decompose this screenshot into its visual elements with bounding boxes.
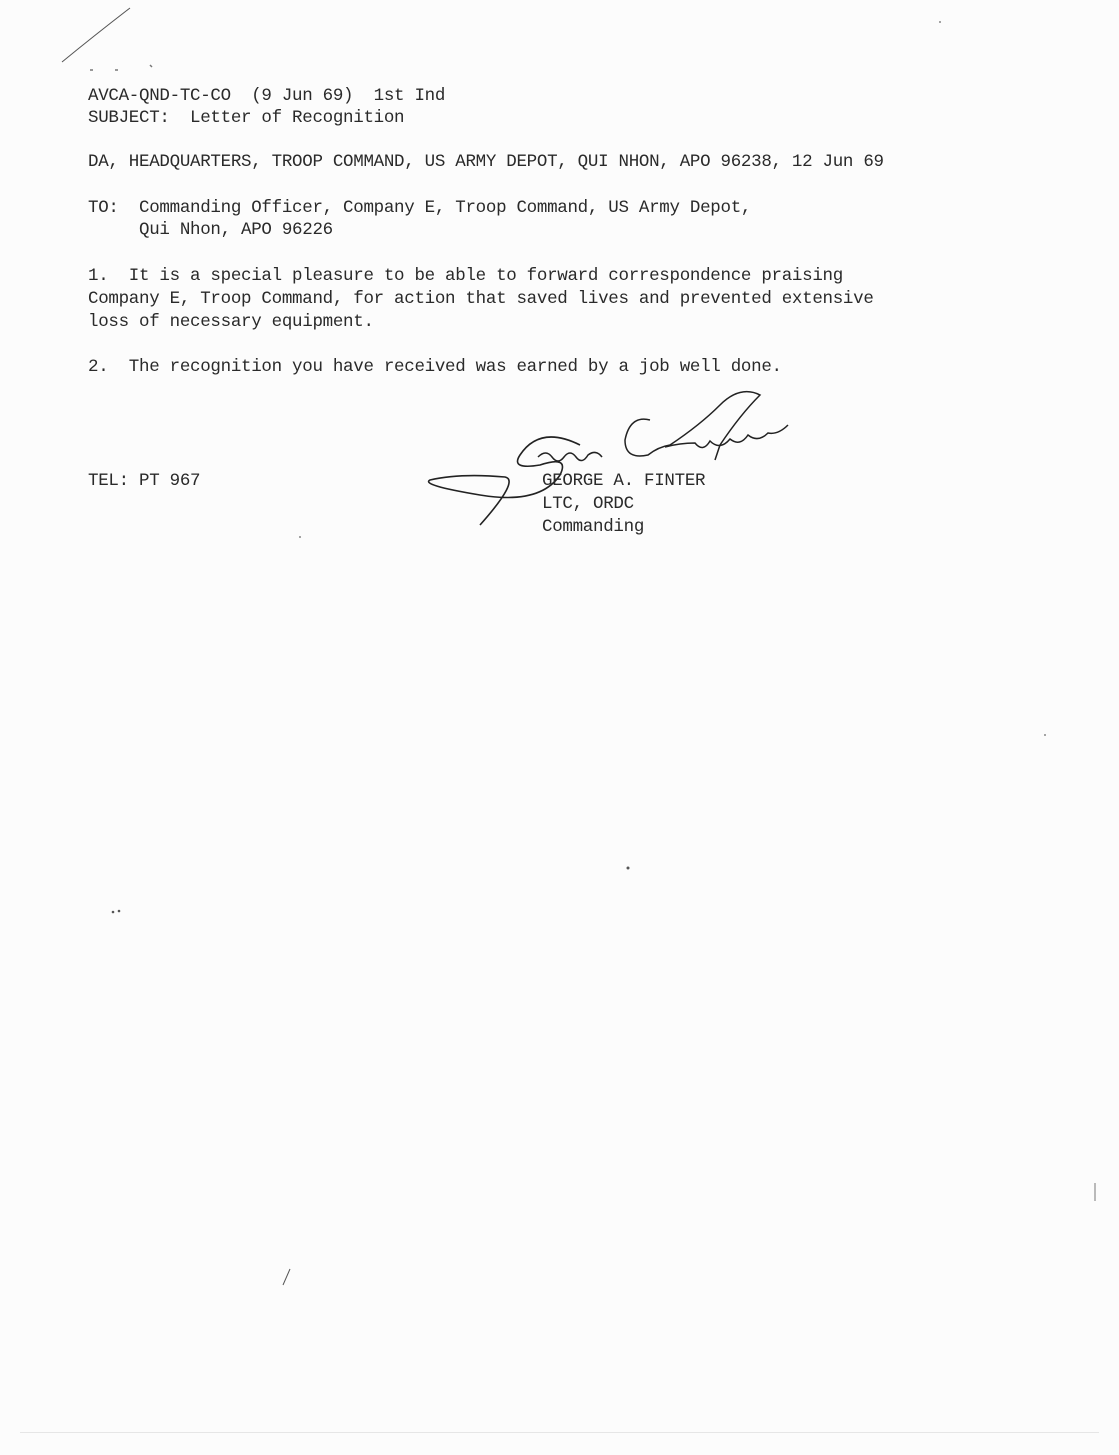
page-edge — [20, 1432, 1099, 1433]
paragraph-1-line-1: 1. It is a special pleasure to be able t… — [88, 265, 843, 287]
to-line-1: TO: Commanding Officer, Company E, Troop… — [88, 197, 751, 219]
paragraph-2: 2. The recognition you have received was… — [88, 356, 782, 378]
paragraph-1-line-2: Company E, Troop Command, for action tha… — [88, 288, 874, 310]
signer-title: Commanding — [542, 516, 644, 539]
telephone: TEL: PT 967 — [88, 470, 200, 492]
paragraph-1-line-3: loss of necessary equipment. — [88, 311, 374, 333]
signer-name: GEORGE A. FINTER — [542, 470, 705, 493]
signer-rank: LTC, ORDC — [542, 493, 634, 516]
reference-line: AVCA-QND-TC-CO (9 Jun 69) 1st Ind — [88, 85, 445, 107]
from-line: DA, HEADQUARTERS, TROOP COMMAND, US ARMY… — [88, 151, 884, 173]
to-line-2: Qui Nhon, APO 96226 — [88, 219, 333, 241]
document-page: AVCA-QND-TC-CO (9 Jun 69) 1st Ind SUBJEC… — [0, 0, 1119, 1455]
subject-line: SUBJECT: Letter of Recognition — [88, 107, 404, 129]
